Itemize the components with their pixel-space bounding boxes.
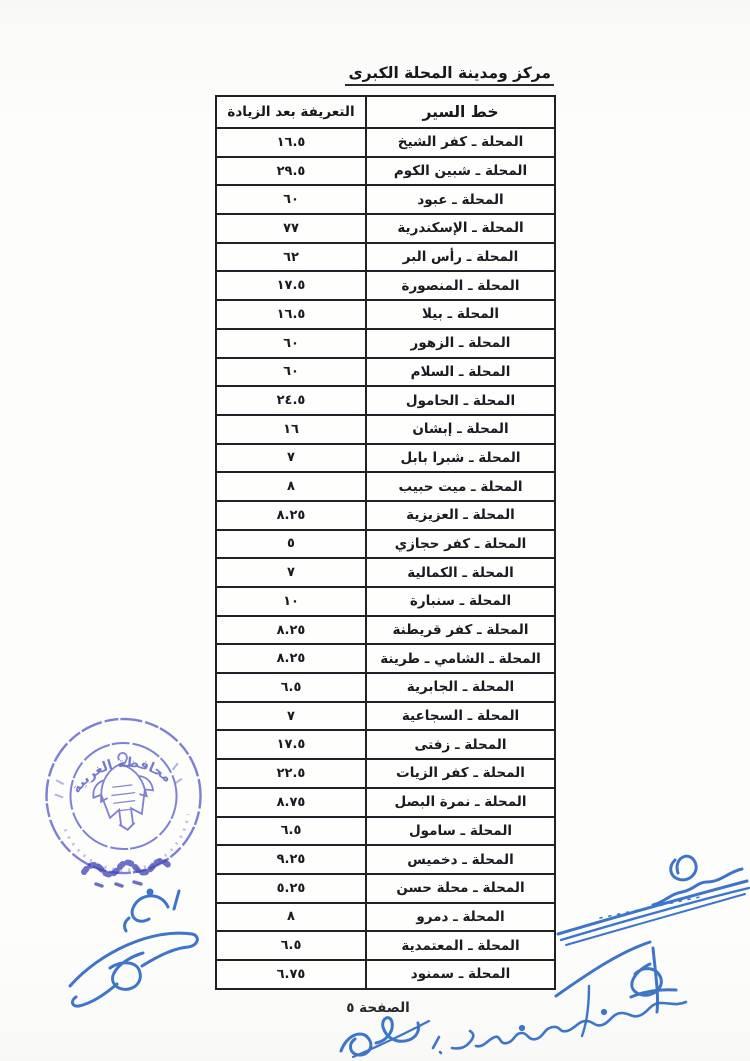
table-row: المحلة ـ الحامول٢٤.٥	[216, 386, 555, 415]
route-cell: المحلة ـ كفر الشيخ	[366, 128, 555, 157]
route-cell: المحلة ـ كفر حجازي	[366, 530, 555, 559]
table-row: المحلة ـ دمرو٨	[216, 903, 555, 932]
table-row: المحلة ـ نمرة البصل٨.٧٥	[216, 788, 555, 817]
tariff-cell: ٥.٢٥	[216, 874, 366, 903]
tariff-cell: ٨	[216, 472, 366, 501]
tariff-cell: ٦٠	[216, 329, 366, 358]
tariff-cell: ٦٠	[216, 185, 366, 214]
tariff-cell: ٢٩.٥	[216, 157, 366, 186]
route-cell: المحلة ـ سمنود	[366, 960, 555, 989]
table-row: المحلة ـ الإسكندرية٧٧	[216, 214, 555, 243]
table-row: المحلة ـ ميت حبيب٨	[216, 472, 555, 501]
governorate-stamp: محافظة الغربية	[15, 691, 233, 909]
table-header-row: خط السير التعريفة بعد الزيادة	[216, 96, 555, 128]
route-cell: المحلة ـ الشامي ـ طرينة	[366, 644, 555, 673]
table-row: المحلة ـ دخميس٩.٢٥	[216, 845, 555, 874]
table-row: المحلة ـ المنصورة١٧.٥	[216, 271, 555, 300]
tariff-table: خط السير التعريفة بعد الزيادة المحلة ـ ك…	[215, 95, 556, 990]
table-row: المحلة ـ سمنود٦.٧٥	[216, 960, 555, 989]
route-column-header: خط السير	[366, 96, 555, 128]
table-row: المحلة ـ زفتى١٧.٥	[216, 730, 555, 759]
route-cell: المحلة ـ السجاعية	[366, 702, 555, 731]
table-row: المحلة ـ محلة حسن٥.٢٥	[216, 874, 555, 903]
tariff-cell: ٨	[216, 903, 366, 932]
route-cell: المحلة ـ عبود	[366, 185, 555, 214]
route-cell: المحلة ـ شبين الكوم	[366, 157, 555, 186]
tariff-cell: ١٠	[216, 587, 366, 616]
route-cell: المحلة ـ الإسكندرية	[366, 214, 555, 243]
page-number: الصفحة ٥	[338, 1000, 418, 1016]
tariff-cell: ٦٠	[216, 358, 366, 387]
tariff-cell: ٥	[216, 530, 366, 559]
tariff-cell: ١٧.٥	[216, 271, 366, 300]
stamp-inner-ring	[64, 737, 182, 855]
route-cell: المحلة ـ المنصورة	[366, 271, 555, 300]
route-cell: المحلة ـ شبرا بابل	[366, 444, 555, 473]
route-cell: المحلة ـ رأس البر	[366, 243, 555, 272]
tariff-cell: ٢٢.٥	[216, 759, 366, 788]
stamp-icon: محافظة الغربية	[15, 691, 233, 909]
table-row: المحلة ـ كفر الشيخ١٦.٥	[216, 128, 555, 157]
table-row: المحلة ـ كفر قريطنة٨.٢٥	[216, 616, 555, 645]
route-cell: المحلة ـ الجابرية	[366, 673, 555, 702]
tariff-cell: ٢٤.٥	[216, 386, 366, 415]
tariff-cell: ٦.٥	[216, 673, 366, 702]
tariff-cell: ٧	[216, 702, 366, 731]
tariff-cell: ٧٧	[216, 214, 366, 243]
tariff-cell: ٧	[216, 558, 366, 587]
route-cell: المحلة ـ دمرو	[366, 903, 555, 932]
route-cell: المحلة ـ زفتى	[366, 730, 555, 759]
tariff-cell: ٨.٢٥	[216, 501, 366, 530]
table-row: المحلة ـ الجابرية٦.٥	[216, 673, 555, 702]
route-cell: المحلة ـ محلة حسن	[366, 874, 555, 903]
tariff-cell: ٨.٢٥	[216, 616, 366, 645]
stamp-outer-ring	[38, 710, 210, 882]
tariff-cell: ١٧.٥	[216, 730, 366, 759]
route-cell: المحلة ـ الحامول	[366, 386, 555, 415]
table-row: المحلة ـ العزيزية٨.٢٥	[216, 501, 555, 530]
route-cell: المحلة ـ بيلا	[366, 300, 555, 329]
table-row: المحلة ـ شبرا بابل٧	[216, 444, 555, 473]
route-cell: المحلة ـ السلام	[366, 358, 555, 387]
route-cell: المحلة ـ كفر الزيات	[366, 759, 555, 788]
table-row: المحلة ـ بيلا١٦.٥	[216, 300, 555, 329]
tariff-cell: ٨.٢٥	[216, 644, 366, 673]
page-title: مركز ومدينة المحلة الكبرى	[345, 64, 554, 86]
route-cell: المحلة ـ الزهور	[366, 329, 555, 358]
route-cell: المحلة ـ الكمالية	[366, 558, 555, 587]
table-row: المحلة ـ الكمالية٧	[216, 558, 555, 587]
route-cell: المحلة ـ العزيزية	[366, 501, 555, 530]
table-row: المحلة ـ كفر حجازي٥	[216, 530, 555, 559]
route-cell: المحلة ـ دخميس	[366, 845, 555, 874]
table-row: المحلة ـ السلام٦٠	[216, 358, 555, 387]
table-row: المحلة ـ الزهور٦٠	[216, 329, 555, 358]
tariff-cell: ١٦.٥	[216, 300, 366, 329]
route-cell: المحلة ـ سامول	[366, 817, 555, 846]
table-row: المحلة ـ الشامي ـ طرينة٨.٢٥	[216, 644, 555, 673]
tariff-cell: ٦.٧٥	[216, 960, 366, 989]
route-cell: المحلة ـ سنبارة	[366, 587, 555, 616]
table-row: المحلة ـ المعتمدية٦.٥	[216, 931, 555, 960]
route-cell: المحلة ـ كفر قريطنة	[366, 616, 555, 645]
route-cell: المحلة ـ نمرة البصل	[366, 788, 555, 817]
tariff-cell: ٦.٥	[216, 931, 366, 960]
tariff-cell: ١٦.٥	[216, 128, 366, 157]
tariff-cell: ٩.٢٥	[216, 845, 366, 874]
tariff-column-header: التعريفة بعد الزيادة	[216, 96, 366, 128]
table-row: المحلة ـ رأس البر٦٢	[216, 243, 555, 272]
tariff-cell: ٦٢	[216, 243, 366, 272]
route-cell: المحلة ـ المعتمدية	[366, 931, 555, 960]
tariff-cell: ٨.٧٥	[216, 788, 366, 817]
route-cell: المحلة ـ إبشان	[366, 415, 555, 444]
table-row: المحلة ـ إبشان١٦	[216, 415, 555, 444]
table-row: المحلة ـ سامول٦.٥	[216, 817, 555, 846]
table-row: المحلة ـ شبين الكوم٢٩.٥	[216, 157, 555, 186]
tariff-cell: ٦.٥	[216, 817, 366, 846]
table-body: المحلة ـ كفر الشيخ١٦.٥المحلة ـ شبين الكو…	[216, 128, 555, 989]
table-row: المحلة ـ السجاعية٧	[216, 702, 555, 731]
stamp-bottom-ornament	[65, 814, 194, 877]
table-row: المحلة ـ سنبارة١٠	[216, 587, 555, 616]
route-cell: المحلة ـ ميت حبيب	[366, 472, 555, 501]
tariff-cell: ٧	[216, 444, 366, 473]
table-row: المحلة ـ عبود٦٠	[216, 185, 555, 214]
table-row: المحلة ـ كفر الزيات٢٢.٥	[216, 759, 555, 788]
tariff-cell: ١٦	[216, 415, 366, 444]
